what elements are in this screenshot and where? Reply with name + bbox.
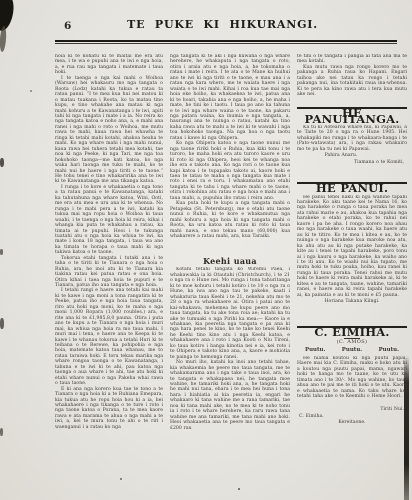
- paragraph: Ko nga Ohipera katoa o nga taone nunui m…: [170, 141, 290, 201]
- signature-role: Tiamana o te Komiti,: [297, 160, 407, 165]
- masthead-rule: [55, 40, 397, 42]
- newspaper-page: 6 TE PUKE KI HIKURANGI. hoia ki te kohat…: [0, 0, 412, 500]
- signature: Pahira Anaru.: [297, 153, 407, 158]
- advert-heading-c-eimiha: C. EIMIHA.: [297, 330, 407, 335]
- paragraph: te tini o te tangata i pangia ai tata an…: [297, 54, 407, 65]
- article-continuation: te tini o te tangata i pangia ai tata an…: [297, 54, 407, 104]
- paper-speckle: [238, 488, 240, 490]
- signature: Horiana Takana Kiingi.: [297, 299, 407, 304]
- column-2: nga tangata ki te aki i nga kuwaha o nga…: [170, 54, 290, 484]
- edge-mark: [0, 249, 3, 255]
- article-he-panui: He panui tenei naku ki nga wahine tapahi…: [297, 195, 407, 323]
- paragraph: I te taenga o nga kai mahi o Woihoa (War…: [55, 76, 163, 185]
- signature: C. Eimiha.: [297, 414, 407, 419]
- column-3: te tini o te tangata i pangia ai tata an…: [297, 54, 407, 484]
- article-heading-he-panuitanga: HE PANUITANGA.: [297, 111, 407, 122]
- paragraph: He panui tenei naku ki nga wahine tapahi…: [297, 195, 407, 299]
- article-keehi-uaua: Kotahi tetahi tangata ko Wiremu Paea, i …: [170, 267, 290, 473]
- article-he-panuitanga: Ka tu ki Aotearoa whare hui, ki Papawai,…: [297, 125, 407, 179]
- tagline-word: Puutu.: [342, 348, 362, 353]
- advert-tagline: Puutu. Puutu. Puutu.: [297, 348, 407, 353]
- article-continuation: nga tangata ki te aki i nga kuwaha o nga…: [170, 54, 290, 255]
- edge-mark: [0, 318, 4, 329]
- paper-speckle: [30, 90, 32, 92]
- article-heading-he-panui: HE PANUI.: [297, 186, 407, 191]
- tagline-word: Puutu.: [305, 348, 325, 353]
- article-heading-keehi-uaua: Keehi uaua: [170, 259, 290, 264]
- edge-mark: [0, 428, 3, 436]
- paragraph: Kotahi tetahi tangata ko Wiremu Paea, i …: [170, 267, 290, 360]
- tagline-word: Puutu.: [379, 348, 399, 353]
- paragraph: Kua mutu rawa nga rongo korero mo te pak…: [297, 65, 407, 98]
- ink-smudge: [0, 26, 7, 52]
- column-1: hoia ki te kohatu ki te maitai me era at…: [55, 54, 163, 466]
- paper-speckle: [120, 478, 122, 480]
- masthead-title: TE PUKE KI HIKURANGI.: [55, 18, 390, 31]
- paragraph: hoia ki te kohatu ki te maitai me era at…: [55, 54, 163, 76]
- advert-subheading: (C. AMOS): [297, 340, 407, 345]
- paragraph: nga tangata ki te aki i nga kuwaha o nga…: [170, 54, 290, 141]
- paragraph: Ka tu ki Aotearoa whare hui, ki Papawai,…: [297, 125, 407, 152]
- paragraph: No muri iho, katahi ka inoi ano tetahi t…: [170, 360, 290, 431]
- advert-body: He hiahia koutou ki nga puutu papai. Hae…: [297, 356, 407, 406]
- paragraph: I runga i te kore e whakaaetia o nga ton…: [55, 185, 163, 256]
- paragraph: Tokorua etahi tangata i tutaki ana i te …: [55, 256, 163, 289]
- paragraph: E ki ana nga korero kua tae te tono a te…: [55, 387, 163, 431]
- advert-town: Kereitaone.: [297, 420, 407, 425]
- paragraph: Kua puta hoki te kupu a nga tangata mahi…: [170, 201, 290, 239]
- edge-mark: [0, 158, 4, 167]
- paragraph: He hiahia koutou ki nga puutu papai. Hae…: [297, 356, 407, 400]
- paragraph: I tetahi rangi e haere ana tetahi kai ma…: [55, 288, 163, 386]
- advert-address: Tiriti Nui.: [297, 407, 407, 412]
